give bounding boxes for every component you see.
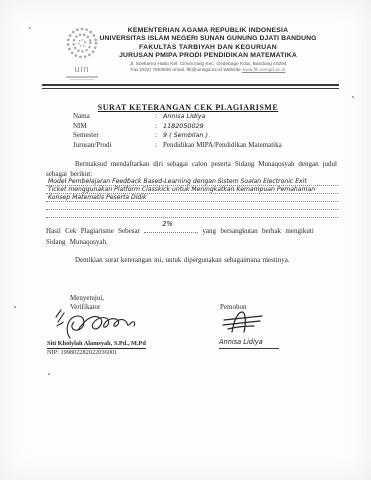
result-prefix: Hasil Cek Plagiarisme Sebesar <box>46 227 140 235</box>
form-label: NIM <box>73 122 155 132</box>
verifikator-nip: NIP: 199802282022036001 <box>47 349 117 356</box>
letterhead-department: JURUSAN PMIPA PRODI PENDIDIKAN MATEMATIK… <box>95 52 321 60</box>
closing-paragraph: Demikian surat keterangan ini, untuk dip… <box>46 256 337 264</box>
form-value-handwritten: 1182050029 <box>163 122 204 132</box>
letterhead-contact: Fax (022) 7803936 email. ftk@uinsgd.ac.i… <box>95 68 321 74</box>
dotted-line: Konsep Matematis Peserta Didik <box>46 194 338 202</box>
letterhead-ministry: KEMENTERIAN AGAMA REPUBLIK INDONESIA <box>95 27 321 35</box>
form-colon: : <box>155 112 163 122</box>
uin-logo-caption-line2 <box>70 79 94 80</box>
letterhead: KEMENTERIAN AGAMA REPUBLIK INDONESIA UNI… <box>95 27 321 74</box>
thesis-title-handwritten-2: Ticket menggunakan Platform Classkick un… <box>48 186 315 193</box>
verifikator-approval: Menyetujui, <box>70 294 104 303</box>
dotted-line: Model Pembelajaran Feedback Based-Learni… <box>46 178 338 186</box>
form-label: Jurusan/Prodi <box>73 141 155 151</box>
dotted-line-empty <box>46 210 338 218</box>
plagiarism-certificate-document: uin KEMENTERIAN AGAMA REPUBLIK INDONESIA… <box>0 0 371 480</box>
form-value-handwritten: Annisa Lidiya <box>163 112 205 122</box>
letterhead-faculty: FAKULTAS TARBIYAH DAN KEGURUAN <box>95 44 321 52</box>
result-paragraph: Hasil Cek Plagiarisme Sebesar 2%, yang b… <box>46 225 337 248</box>
form-row-semester: Semester : 9 ( Sembilan ) <box>73 131 333 141</box>
thesis-title-block: Model Pembelajaran Feedback Based-Learni… <box>46 178 338 218</box>
form-row-jurusan: Jurusan/Prodi : Pendidikan MIPA/Pendidik… <box>73 141 333 151</box>
result-value-handwritten: 2% <box>162 219 172 230</box>
scan-speck <box>14 306 16 308</box>
form-row-nim: NIM : 1182050029 <box>73 122 333 132</box>
scan-speck <box>29 27 31 29</box>
form-colon: : <box>155 122 163 132</box>
verifikator-name: Siti Kholylah Alamsyah, S.Pd., M.Pd <box>47 340 146 349</box>
dotted-line: Ticket menggunakan Platform Classkick un… <box>46 186 338 194</box>
pemohon-name-handwritten: Annisa Lidiya <box>219 338 279 349</box>
result-blank: 2% <box>144 225 196 233</box>
form-label: Nama <box>73 112 155 122</box>
form-colon: : <box>155 131 163 141</box>
pemohon-signature <box>216 308 274 336</box>
uin-logo-caption-line <box>66 76 98 78</box>
verifikator-signature <box>50 308 142 342</box>
form-label: Semester <box>73 131 155 141</box>
form-value: Pendidikan MIPA/Pendidikan Matematika <box>163 141 282 151</box>
form-colon: : <box>155 141 163 151</box>
dotted-line-empty <box>46 202 338 210</box>
form-value-handwritten: 9 ( Sembilan ) <box>163 131 208 141</box>
scan-speck <box>48 373 50 375</box>
letterhead-divider <box>42 84 339 89</box>
intro-paragraph: Bermaksud mendaftarkan diri sebagai calo… <box>46 160 337 179</box>
letterhead-contact-text: Fax (022) 7803936 email. ftk@uinsgd.ac.i… <box>131 68 241 73</box>
applicant-form: Nama : Annisa Lidiya NIM : 1182050029 Se… <box>73 112 333 150</box>
thesis-title-handwritten-3: Konsep Matematis Peserta Didik <box>48 194 146 201</box>
thesis-title-handwritten-1: Model Pembelajaran Feedback Based-Learni… <box>48 178 307 185</box>
form-row-nama: Nama : Annisa Lidiya <box>73 112 333 122</box>
letterhead-website-link: www.ftk.uinsgd.ac.id <box>242 68 285 73</box>
scan-speck <box>352 96 354 98</box>
letterhead-university: UNIVERSITAS ISLAM NEGERI SUNAN GUNUNG DJ… <box>95 35 321 43</box>
